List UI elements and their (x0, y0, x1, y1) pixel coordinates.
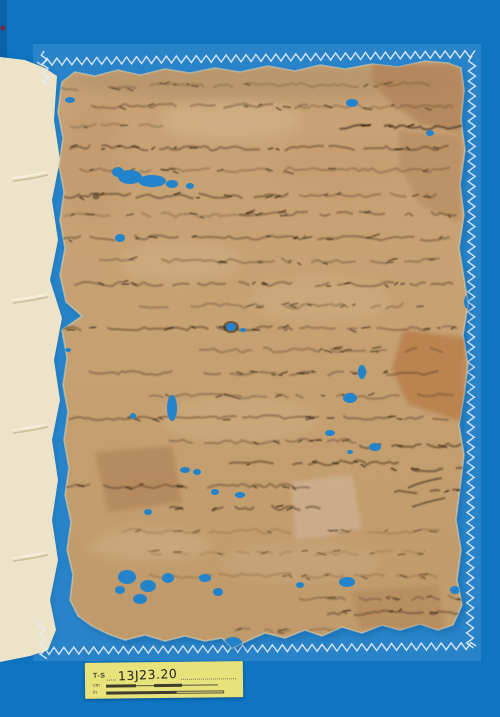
fragment-hole (347, 450, 353, 454)
fragment-hole (65, 348, 71, 352)
ink-mark (434, 147, 438, 148)
ink-mark (370, 553, 374, 554)
fragment-hole (65, 97, 75, 103)
ink-mark (343, 610, 350, 611)
ink-mark (258, 262, 262, 263)
fragment-hole (343, 393, 357, 403)
ruler-segment (136, 685, 154, 686)
fragment-hole (115, 586, 125, 594)
paper-mottle (160, 98, 300, 142)
ruler-in-row: in (93, 689, 236, 695)
classmark-row: T-S 13J23.20 (93, 664, 236, 680)
ink-mark (424, 328, 430, 329)
ink-mark (136, 238, 139, 239)
fragment-hole (325, 430, 335, 436)
book-page-edge (0, 57, 62, 662)
fragment-hole (118, 570, 136, 584)
ink-mark (328, 597, 335, 598)
ink-mark (367, 237, 372, 238)
classmark-number: 13J23.20 (118, 666, 178, 684)
fragment-hole (296, 582, 304, 588)
ink-mark (122, 284, 129, 285)
dotted-rule (107, 670, 116, 680)
fragment-hole (339, 577, 355, 587)
ink-mark (187, 84, 189, 85)
ink-blot (93, 193, 100, 200)
ink-mark (152, 550, 159, 551)
ruler-segment (106, 684, 136, 687)
ruler-segment (154, 683, 182, 686)
ruler-cm-row: cm (93, 682, 236, 688)
ink-mark (193, 236, 196, 237)
classmark-prefix: T-S (93, 672, 105, 681)
fragment-hole (199, 574, 211, 582)
photo-canvas (0, 0, 500, 717)
ruler-segment (106, 691, 176, 695)
ink-mark (394, 598, 400, 599)
ink-mark (397, 419, 402, 420)
ink-mark (170, 169, 175, 170)
ruler-cm-label: cm (93, 683, 106, 688)
stain-patch (352, 585, 444, 630)
fragment-hole (426, 130, 434, 136)
fragment-hole (235, 492, 245, 498)
binder-spine-edge (0, 0, 7, 64)
ruler-segment (182, 684, 218, 685)
spine-thread-mark (1, 26, 6, 31)
ink-mark (333, 463, 338, 464)
ink-mark (118, 146, 121, 147)
stain-patch (95, 446, 182, 512)
ink-mark (192, 86, 198, 87)
ink-mark (278, 375, 282, 376)
fragment-hole (180, 467, 190, 473)
ink-mark (291, 304, 297, 305)
fragment-hole (130, 413, 136, 419)
fragment-hole (144, 509, 152, 515)
ink-mark (353, 304, 355, 305)
ink-mark (331, 530, 338, 531)
fragment-hole (115, 234, 125, 242)
fragment-hole (346, 99, 358, 107)
ink-mark (302, 550, 308, 551)
fragment-hole (358, 365, 366, 379)
fragment-hole (138, 175, 166, 187)
ink-mark (417, 306, 423, 307)
ink-mark (427, 596, 431, 597)
paper-mottle (160, 396, 320, 444)
fragment-hole (369, 443, 381, 451)
classmark-label: T-S 13J23.20 cm in (85, 661, 243, 699)
fragment-hole (133, 594, 147, 604)
ink-mark (283, 576, 287, 577)
ink-mark (424, 196, 431, 197)
fragment-hole (162, 573, 174, 583)
ruler-in-label: in (93, 691, 106, 696)
ink-mark (161, 170, 168, 171)
ink-mark (362, 327, 370, 328)
fragment-hole (186, 183, 194, 189)
ruler-segment (176, 690, 224, 694)
fragment-hole (240, 328, 246, 332)
ink-mark (310, 440, 314, 441)
ink-mark (345, 350, 351, 351)
ink-mark (301, 373, 309, 374)
ink-mark (283, 107, 290, 108)
dotted-rule (181, 669, 236, 680)
fragment-hole (167, 395, 177, 421)
fragment-hole (211, 489, 219, 495)
ink-mark (401, 283, 404, 284)
ink-mark (269, 148, 273, 149)
fragment-hole (166, 180, 178, 188)
ink-mark (90, 327, 96, 328)
ink-mark (251, 371, 258, 372)
ink-mark (345, 283, 349, 284)
ink-mark (86, 214, 94, 215)
ink-mark (371, 351, 378, 352)
ink-mark (399, 554, 405, 555)
paper-mottle (60, 100, 120, 220)
manuscript-fragment (58, 61, 472, 652)
ink-mark (84, 127, 88, 128)
ink-mark (354, 462, 357, 463)
fragment-hole (193, 469, 201, 475)
ruler-cm-bar (106, 683, 218, 687)
fragment-hole (213, 588, 223, 596)
ink-mark (392, 104, 395, 105)
ink-mark (272, 375, 275, 376)
fragment-hole (140, 580, 156, 592)
ink-mark (289, 261, 291, 262)
fragment-hole (226, 323, 236, 331)
ink-mark (322, 395, 325, 396)
ink-mark (132, 147, 139, 148)
genizah-folder-photo: T-S 13J23.20 cm in (0, 0, 500, 717)
ink-mark (244, 106, 247, 107)
ruler-in-bar (106, 690, 224, 694)
